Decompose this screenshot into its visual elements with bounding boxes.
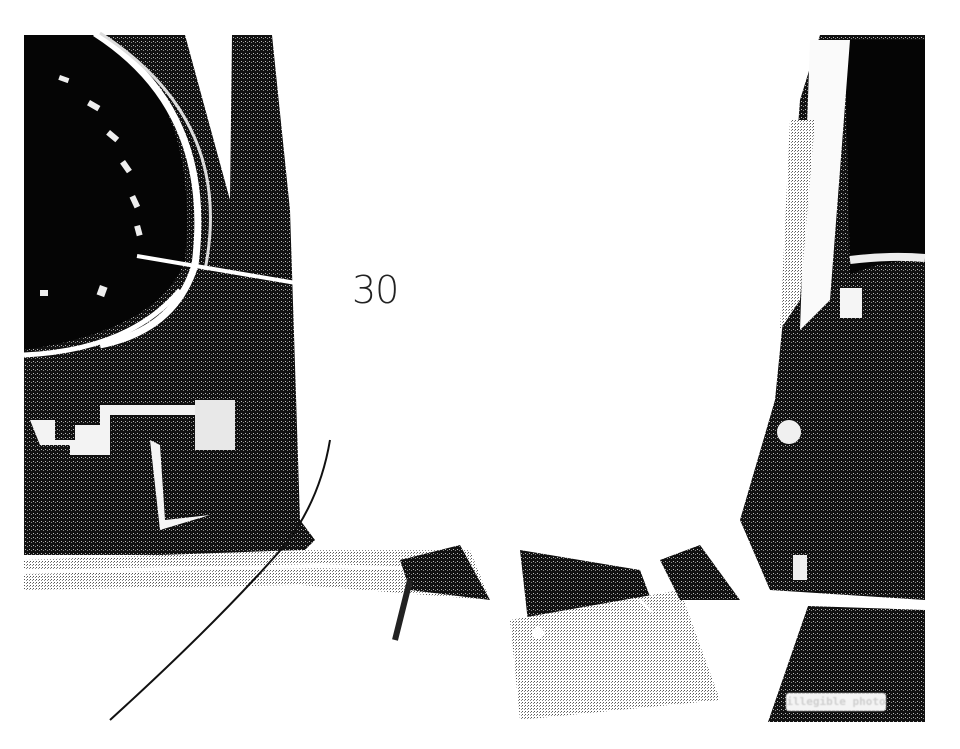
photo-id-stamp: illegible photo reference number xyxy=(786,693,886,711)
right-frame xyxy=(740,35,925,600)
callout-number-30: 30 xyxy=(352,268,398,312)
left-housing xyxy=(24,33,315,555)
halftone-photo xyxy=(0,0,960,749)
